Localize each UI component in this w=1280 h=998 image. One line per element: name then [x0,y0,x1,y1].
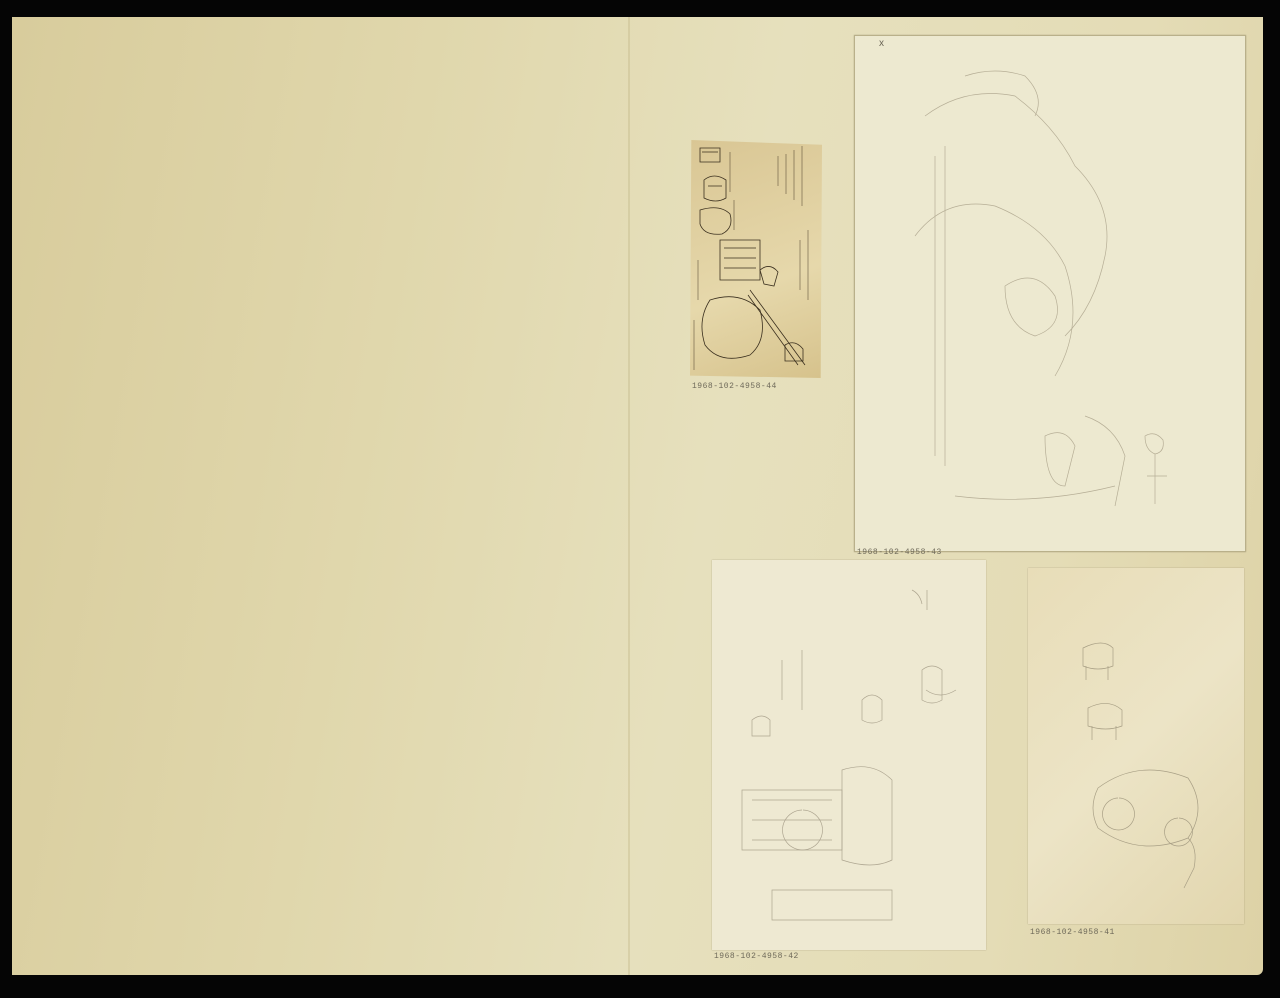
accession-number-43: 1968-102-4958-43 [857,548,942,557]
drawing-42 [712,560,986,950]
drawing-44 [690,140,822,378]
pencil-sketch-icon [855,36,1245,551]
drawing-43: x [854,35,1246,552]
accession-number-41: 1968-102-4958-41 [1030,928,1115,937]
pencil-sketch-icon [712,560,986,950]
accession-number-42: 1968-102-4958-42 [714,952,799,961]
accession-number-44: 1968-102-4958-44 [692,382,777,391]
ink-sketch-icon [690,140,822,378]
drawing-41 [1028,568,1244,924]
pencil-sketch-icon [1028,568,1244,924]
board-fold-line [628,17,630,975]
